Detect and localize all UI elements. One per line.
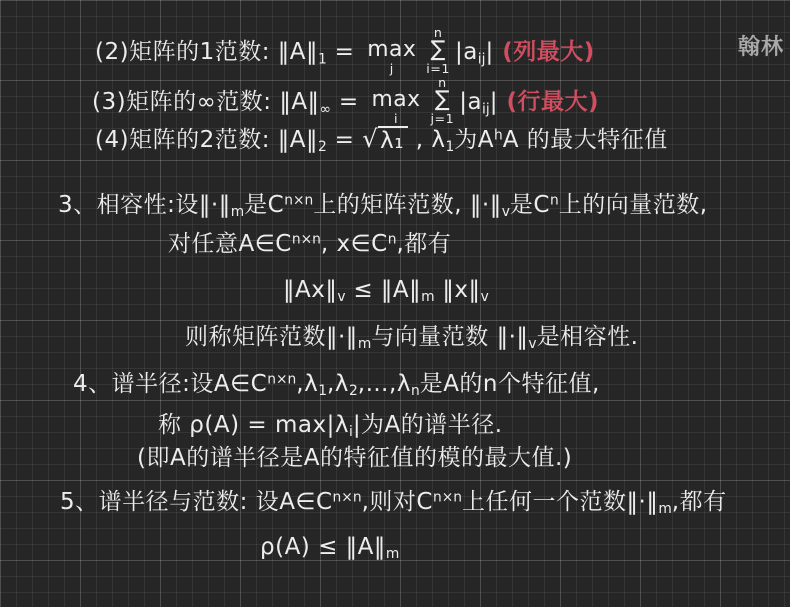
note-line-matrix-inf-norm: (3)矩阵的∞范数: ‖A‖∞ = maxin∑j=1|aij| (行最大)	[92, 78, 599, 127]
watermark: 翰林	[738, 30, 784, 61]
math-stack: maxj	[367, 26, 416, 75]
note-line-spectral-vs-norm-formula: ρ(A) ≤ ‖A‖m	[260, 533, 399, 563]
note-line-compatibility-def: 3、相容性:设‖·‖m是Cn×n上的矩阵范数, ‖·‖v是Cn上的向量范数,	[58, 191, 708, 221]
math-stack: n∑j=1	[431, 76, 455, 125]
note-line-spectral-radius-note: (即A的谱半径是A的特征值的模的最大值.)	[137, 444, 572, 473]
math-stack: n∑i=1	[426, 26, 450, 75]
note-line-spectral-radius-formula: 称 ρ(A) = max|λi|为A的谱半径.	[158, 411, 503, 441]
note-line-matrix-2-norm: (4)矩阵的2范数: ‖A‖2 = √λ₁ , λ1为AhA 的最大特征值	[95, 126, 668, 156]
note-line-spectral-radius-def: 4、谱半径:设A∈Cn×n,λ1,λ2,…,λn是A的n个特征值,	[73, 370, 600, 400]
math-sqrt: √λ₁	[362, 126, 408, 154]
note-line-compatibility-formula: ‖Ax‖v ≤ ‖A‖m ‖x‖v	[283, 276, 489, 306]
math-stack: maxi	[371, 76, 420, 125]
note-line-compatibility-conclusion: 则称矩阵范数‖·‖m与向量范数 ‖·‖v是相容性.	[185, 323, 638, 353]
notes-canvas: 翰林 (2)矩阵的1范数: ‖A‖1 = maxjn∑i=1|aij| (列最大…	[0, 0, 790, 607]
note-line-spectral-vs-norm: 5、谱半径与范数: 设A∈Cn×n,则对Cn×n上任何一个范数‖·‖m,都有	[60, 488, 727, 518]
note-line-matrix-1-norm: (2)矩阵的1范数: ‖A‖1 = maxjn∑i=1|aij| (列最大)	[95, 28, 595, 77]
note-line-compatibility-cond: 对任意A∈Cn×n, x∈Cn,都有	[168, 230, 451, 259]
